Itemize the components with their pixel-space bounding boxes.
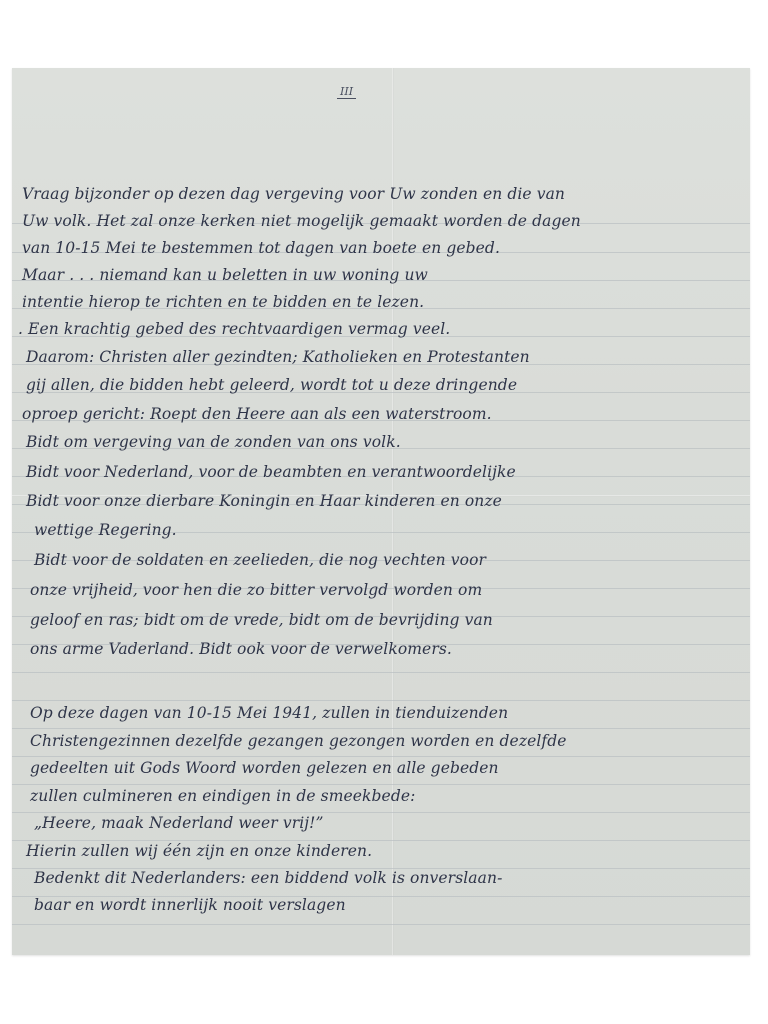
- text-line: Vraag bijzonder op dezen dag vergeving v…: [22, 184, 565, 204]
- text-line: Christengezinnen dezelfde gezangen gezon…: [30, 731, 567, 751]
- ruled-line: [12, 728, 750, 729]
- text-line: zullen culmineren en eindigen in de smee…: [30, 786, 415, 806]
- ruled-line: [12, 672, 750, 673]
- text-line: Bedenkt dit Nederlanders: een biddend vo…: [34, 868, 502, 888]
- text-line: Maar . . . niemand kan u beletten in uw …: [22, 265, 428, 285]
- text-line: Bidt voor de soldaten en zeelieden, die …: [34, 550, 486, 570]
- text-line: Daarom: Christen aller gezindten; Kathol…: [26, 347, 530, 367]
- text-line: baar en wordt innerlijk nooit verslagen: [34, 895, 346, 915]
- text-line: van 10-15 Mei te bestemmen tot dagen van…: [22, 238, 500, 258]
- text-line: intentie hierop te richten en te bidden …: [22, 292, 424, 312]
- ruled-line: [12, 924, 750, 925]
- letter-page: III Vraag bijzonder op dezen dag vergevi…: [12, 68, 750, 955]
- text-line: Bidt om vergeving van de zonden van ons …: [26, 432, 401, 452]
- ruled-line: [12, 756, 750, 757]
- text-line: Bidt voor Nederland, voor de beambten en…: [26, 462, 516, 482]
- text-line: wettige Regering.: [34, 520, 177, 540]
- text-line: „Heere, maak Nederland weer vrij!”: [34, 813, 324, 833]
- text-line: ons arme Vaderland. Bidt ook voor de ver…: [30, 639, 452, 659]
- text-line: Op deze dagen van 10-15 Mei 1941, zullen…: [30, 703, 508, 723]
- ruled-line: [12, 784, 750, 785]
- text-line: Uw volk. Het zal onze kerken niet mogeli…: [22, 211, 581, 231]
- text-line: . Een krachtig gebed des rechtvaardigen …: [18, 319, 450, 339]
- text-line: gij allen, die bidden hebt geleerd, word…: [26, 375, 517, 395]
- text-line: geloof en ras; bidt om de vrede, bidt om…: [30, 610, 493, 630]
- text-line: Bidt voor onze dierbare Koningin en Haar…: [26, 491, 502, 511]
- text-line: onze vrijheid, voor hen die zo bitter ve…: [30, 580, 482, 600]
- text-line: oproep gericht: Roept den Heere aan als …: [22, 404, 492, 424]
- ruled-line: [12, 700, 750, 701]
- text-line: Hierin zullen wij één zijn en onze kinde…: [26, 841, 372, 861]
- text-line: gedeelten uit Gods Woord worden gelezen …: [30, 758, 499, 778]
- page-number: III: [337, 86, 356, 99]
